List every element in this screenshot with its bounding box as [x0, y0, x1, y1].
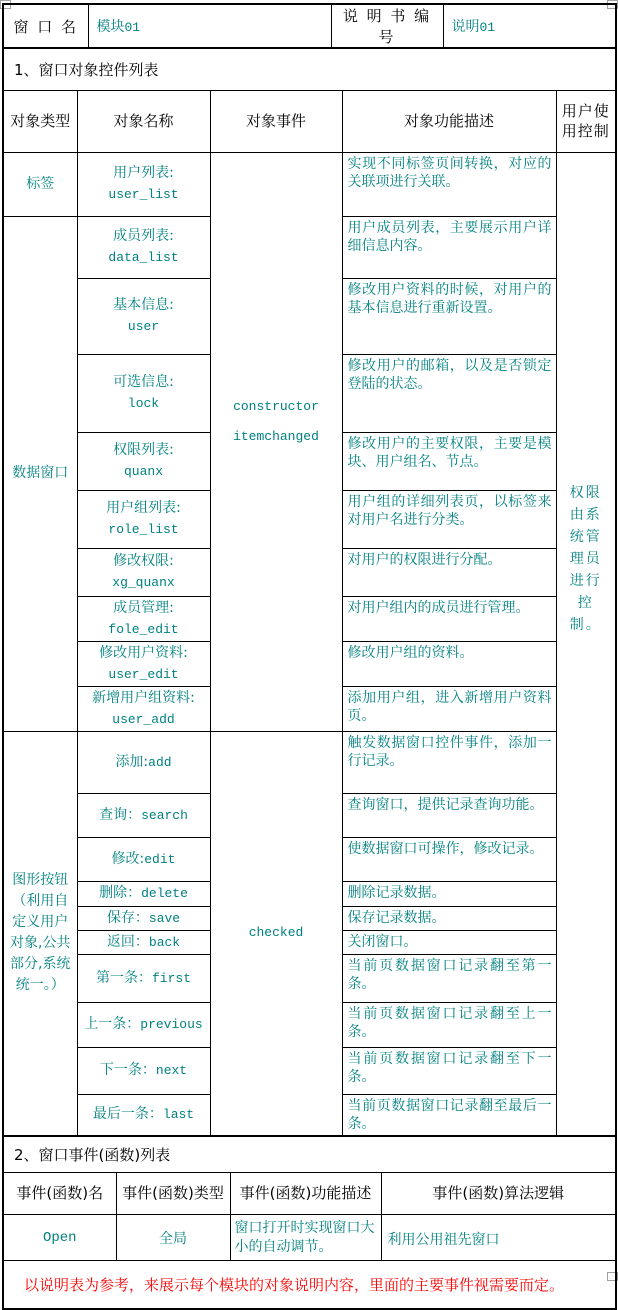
doc-number-label: 说 明 书 编 号: [331, 4, 443, 48]
col-header-event-type: 事件(函数)类型: [116, 1173, 230, 1215]
object-name: 添加:add: [77, 731, 210, 793]
event-function-table: 2、窗口事件(函数)列表 事件(函数)名 事件(函数)类型 事件(函数)功能描述…: [2, 1135, 617, 1310]
header-bar-row: 窗 口 名 模块01 说 明 书 编 号 说明01: [3, 4, 616, 48]
object-desc: 删除记录数据。: [342, 881, 556, 906]
col-header-usage-control: 用户使用控制: [556, 90, 616, 152]
object-name: 删除：delete: [77, 881, 210, 906]
section1-title-row: 1、窗口对象控件列表: [3, 48, 616, 90]
event-row-open: Open 全局 窗口打开时实现窗口大小的自动调节。 利用公用祖先窗口: [3, 1215, 616, 1261]
window-name-label: 窗 口 名: [3, 4, 88, 48]
object-desc: 用户成员列表，主要展示用户详细信息内容。: [342, 216, 556, 278]
event-name: Open: [3, 1215, 116, 1261]
col-header-event-desc: 事件(函数)功能描述: [230, 1173, 381, 1215]
object-desc: 对用户的权限进行分配。: [342, 548, 556, 596]
section2-header-row: 事件(函数)名 事件(函数)类型 事件(函数)功能描述 事件(函数)算法逻辑: [3, 1173, 616, 1215]
doc-number-value: 说明01: [443, 4, 616, 48]
col-header-object-name: 对象名称: [77, 90, 210, 152]
spec-table-wrapper: 窗 口 名 模块01 说 明 书 编 号 说明01 1、窗口对象控件列表 对象类…: [2, 3, 615, 1310]
window-name-value: 模块01: [88, 4, 331, 48]
object-desc: 当前页数据窗口记录翻至最后一条。: [342, 1094, 556, 1136]
header-bar-table: 窗 口 名 模块01 说 明 书 编 号 说明01: [2, 3, 617, 49]
object-name: 成员列表:data_list: [77, 216, 210, 278]
object-type-graphic-button: 图形按钮（利用自定义用户对象,公共部分,系统统一。）: [3, 731, 77, 1136]
event-desc: 窗口打开时实现窗口大小的自动调节。: [230, 1215, 381, 1261]
col-header-object-desc: 对象功能描述: [342, 90, 556, 152]
object-name: 用户列表:user_list: [77, 152, 210, 216]
object-name: 最后一条：last: [77, 1094, 210, 1136]
object-type-tag: 标签: [3, 152, 77, 216]
object-desc: 保存记录数据。: [342, 906, 556, 930]
note-text: 以说明表为参考，来展示每个模块的对象说明内容，里面的主要事件视需要而定。: [3, 1261, 616, 1309]
object-name: 查询：search: [77, 793, 210, 837]
object-desc: 修改用户的主要权限，主要是模块、用户组名、节点。: [342, 432, 556, 490]
event-logic: 利用公用祖先窗口: [381, 1215, 616, 1261]
table-row: 标签 用户列表:user_list constructoritemchanged…: [3, 152, 616, 216]
object-name: 可选信息:lock: [77, 354, 210, 432]
object-control-table: 1、窗口对象控件列表 对象类型 对象名称 对象事件 对象功能描述 用户使用控制 …: [2, 47, 617, 1137]
object-type-data-window: 数据窗口: [3, 216, 77, 731]
object-desc: 当前页数据窗口记录翻至第一条。: [342, 954, 556, 1002]
section1-title: 1、窗口对象控件列表: [3, 48, 616, 90]
object-name: 上一条：previous: [77, 1002, 210, 1047]
object-name: 返回：back: [77, 930, 210, 954]
col-header-event-logic: 事件(函数)算法逻辑: [381, 1173, 616, 1215]
object-desc: 查询窗口，提供记录查询功能。: [342, 793, 556, 837]
object-desc: 实现不同标签页间转换，对应的关联项进行关联。: [342, 152, 556, 216]
object-name: 下一条：next: [77, 1047, 210, 1094]
note-row: 以说明表为参考，来展示每个模块的对象说明内容，里面的主要事件视需要而定。: [3, 1261, 616, 1309]
section2-title-row: 2、窗口事件(函数)列表: [3, 1136, 616, 1173]
object-desc: 修改用户资料的时候，对用户的基本信息进行重新设置。: [342, 278, 556, 354]
section2-title: 2、窗口事件(函数)列表: [3, 1136, 616, 1173]
object-name: 修改用户资料:user_edit: [77, 641, 210, 686]
object-name: 第一条：first: [77, 954, 210, 1002]
object-desc: 修改用户的邮箱，以及是否锁定登陆的状态。: [342, 354, 556, 432]
object-desc: 关闭窗口。: [342, 930, 556, 954]
object-name: 基本信息:user: [77, 278, 210, 354]
object-desc: 修改用户组的资料。: [342, 641, 556, 686]
object-name: 权限列表:quanx: [77, 432, 210, 490]
object-event-group2: checked: [210, 731, 342, 1136]
object-desc: 当前页数据窗口记录翻至上一条。: [342, 1002, 556, 1047]
object-name: 用户组列表:role_list: [77, 490, 210, 548]
spec-document-page: { "colors": { "accent": "#008080", "note…: [0, 0, 618, 1281]
col-header-object-event: 对象事件: [210, 90, 342, 152]
col-header-event-name: 事件(函数)名: [3, 1173, 116, 1215]
object-desc: 对用户组内的成员进行管理。: [342, 596, 556, 641]
object-desc: 用户组的详细列表页，以标签来对用户名进行分类。: [342, 490, 556, 548]
event-type: 全局: [116, 1215, 230, 1261]
object-desc: 添加用户组，进入新增用户资料页。: [342, 686, 556, 731]
section1-header-row: 对象类型 对象名称 对象事件 对象功能描述 用户使用控制: [3, 90, 616, 152]
table-row: 图形按钮（利用自定义用户对象,公共部分,系统统一。） 添加:add checke…: [3, 731, 616, 793]
object-name: 修改权限:xg_quanx: [77, 548, 210, 596]
object-name: 成员管理:fole_edit: [77, 596, 210, 641]
object-event-group1: constructoritemchanged: [210, 152, 342, 731]
col-header-object-type: 对象类型: [3, 90, 77, 152]
object-desc: 当前页数据窗口记录翻至下一条。: [342, 1047, 556, 1094]
object-desc: 触发数据窗口控件事件，添加一行记录。: [342, 731, 556, 793]
object-desc: 使数据窗口可操作，修改记录。: [342, 837, 556, 881]
usage-control-cell: 权限由系统管理员进行控制。: [556, 152, 616, 1136]
object-name: 新增用户组资料:user_add: [77, 686, 210, 731]
object-name: 修改:edit: [77, 837, 210, 881]
object-name: 保存：save: [77, 906, 210, 930]
